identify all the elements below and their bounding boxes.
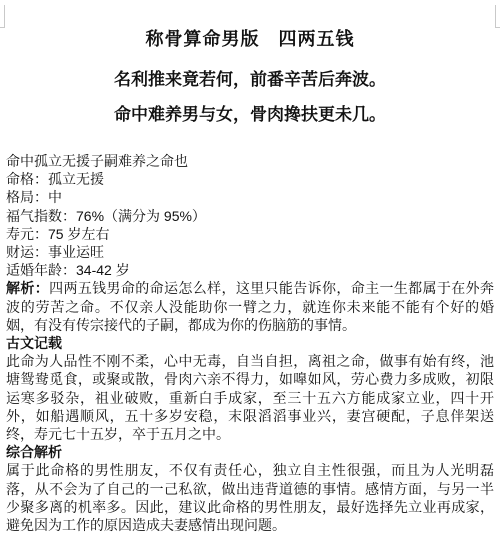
attribute-value: 76%（满分为 95%） — [76, 208, 206, 224]
page-margin-mark-top-left — [0, 5, 5, 28]
analysis-text: 四两五钱男命的命运怎么样，这里只能告诉你，命主一生都属于在外奔波的劳苦之命。不仅… — [6, 280, 494, 332]
fortune-verse-line-1: 名利推来竟若何，前番辛苦后奔波。 — [6, 70, 494, 89]
fortune-verse-line-2: 命中难养男与女，骨肉搀扶更未几。 — [6, 105, 494, 124]
analysis-paragraph: 解析：四两五钱男命的命运怎么样，这里只能告诉你，命主一生都属于在外奔波的劳苦之命… — [6, 279, 494, 334]
attribute-row-fuqi-index: 福气指数：76%（满分为 95%） — [6, 207, 494, 225]
attribute-value: 孤立无援 — [48, 171, 104, 187]
attribute-label: 命格： — [6, 171, 48, 187]
attribute-row-caiyun: 财运：事业运旺 — [6, 243, 494, 261]
attribute-value: 事业运旺 — [48, 244, 104, 260]
section-heading-ancient-text: 古文记载 — [6, 334, 494, 352]
analysis-label: 解析： — [6, 280, 49, 296]
attribute-label: 财运： — [6, 244, 48, 260]
ancient-text-paragraph: 此命为人品性不刚不柔，心中无毒，自当自担，离祖之命，做事有始有终，池塘鸳鸯觅食，… — [6, 352, 494, 443]
page-title: 称骨算命男版 四两五钱 — [6, 29, 494, 49]
document-body: 命中孤立无援子嗣难养之命也 命格：孤立无援 格局：中 福气指数：76%（满分为 … — [6, 152, 494, 534]
attribute-label: 福气指数： — [6, 208, 76, 224]
attribute-label: 格局： — [6, 189, 48, 205]
attribute-row-marriage-age: 适婚年龄：34-42 岁 — [6, 261, 494, 279]
section-heading-comprehensive-analysis: 综合解析 — [6, 443, 494, 461]
comprehensive-analysis-paragraph: 属于此命格的男性朋友，不仅有责任心，独立自主性很强，而且为人光明磊落，从不会为了… — [6, 461, 494, 534]
attribute-value: 中 — [48, 189, 62, 205]
attribute-value: 34-42 岁 — [76, 262, 130, 278]
attribute-label: 寿元： — [6, 226, 48, 242]
fate-summary-line: 命中孤立无援子嗣难养之命也 — [6, 152, 494, 170]
attribute-row-minggé: 命格：孤立无援 — [6, 170, 494, 188]
page-margin-mark-top-right — [495, 5, 500, 28]
attribute-row-geju: 格局：中 — [6, 188, 494, 206]
attribute-value: 75 岁左右 — [48, 226, 109, 242]
attribute-row-shouyuan: 寿元：75 岁左右 — [6, 225, 494, 243]
attribute-label: 适婚年龄： — [6, 262, 76, 278]
document-page: 称骨算命男版 四两五钱 名利推来竟若何，前番辛苦后奔波。 命中难养男与女，骨肉搀… — [0, 0, 500, 534]
